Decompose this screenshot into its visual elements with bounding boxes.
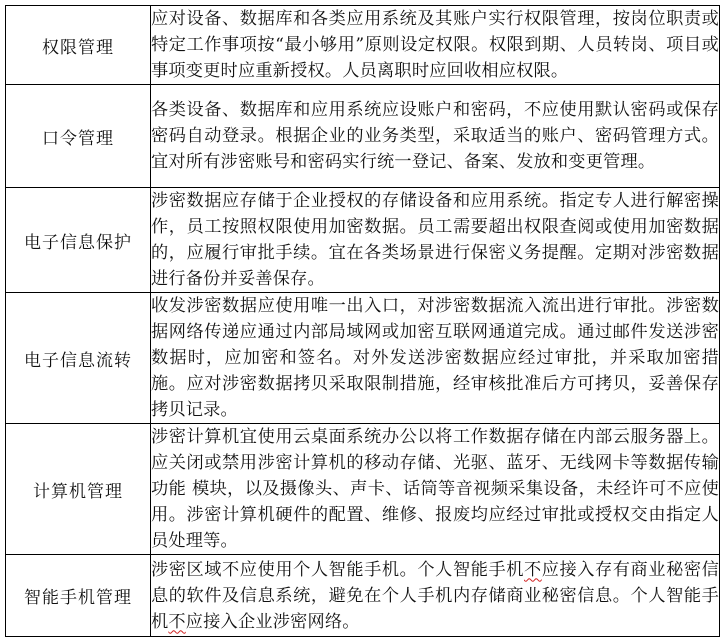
row-label: 口令管理: [6, 85, 151, 188]
spellcheck-marked-word[interactable]: 不: [524, 560, 542, 580]
row-content: 各类设备、数据库和应用系统应设账户和密码，不应使用默认密码或保存密码自动登录。根…: [151, 85, 720, 188]
row-content: 应对设备、数据库和各类应用系统及其账户实行权限管理，按岗位职责或特定工作事项按“…: [151, 6, 720, 85]
row-label: 电子信息流转: [6, 293, 151, 424]
row-label: 智能手机管理: [6, 555, 151, 637]
row-label: 电子信息保护: [6, 188, 151, 293]
content-text: 应接入企业涉密网络。: [186, 612, 360, 632]
table-row: 权限管理 应对设备、数据库和各类应用系统及其账户实行权限管理，按岗位职责或特定工…: [6, 6, 720, 85]
row-label: 计算机管理: [6, 424, 151, 555]
table-row: 智能手机管理 涉密区域不应使用个人智能手机。个人智能手机不应接入存有商业秘密信息…: [6, 555, 720, 637]
row-content: 涉密区域不应使用个人智能手机。个人智能手机不应接入存有商业秘密信息的软件及信息系…: [151, 555, 720, 637]
table-row: 电子信息流转 收发涉密数据应使用唯一出入口，对涉密数据流入流出进行审批。涉密数据…: [6, 293, 720, 424]
table-row: 计算机管理 涉密计算机宜使用云桌面系统办公以将工作数据存储在内部云服务器上。应关…: [6, 424, 720, 555]
row-content: 涉密数据应存储于企业授权的存储设备和应用系统。指定专人进行解密操作，员工按照权限…: [151, 188, 720, 293]
spellcheck-marked-word[interactable]: 不: [168, 612, 185, 632]
content-text: 涉密区域不应使用个人智能手机。个人智能手机: [151, 560, 524, 580]
policy-table: 权限管理 应对设备、数据库和各类应用系统及其账户实行权限管理，按岗位职责或特定工…: [5, 5, 720, 637]
row-content: 涉密计算机宜使用云桌面系统办公以将工作数据存储在内部云服务器上。应关闭或禁用涉密…: [151, 424, 720, 555]
row-label: 权限管理: [6, 6, 151, 85]
table-row: 口令管理 各类设备、数据库和应用系统应设账户和密码，不应使用默认密码或保存密码自…: [6, 85, 720, 188]
table-row: 电子信息保护 涉密数据应存储于企业授权的存储设备和应用系统。指定专人进行解密操作…: [6, 188, 720, 293]
row-content: 收发涉密数据应使用唯一出入口，对涉密数据流入流出进行审批。涉密数据网络传递应通过…: [151, 293, 720, 424]
